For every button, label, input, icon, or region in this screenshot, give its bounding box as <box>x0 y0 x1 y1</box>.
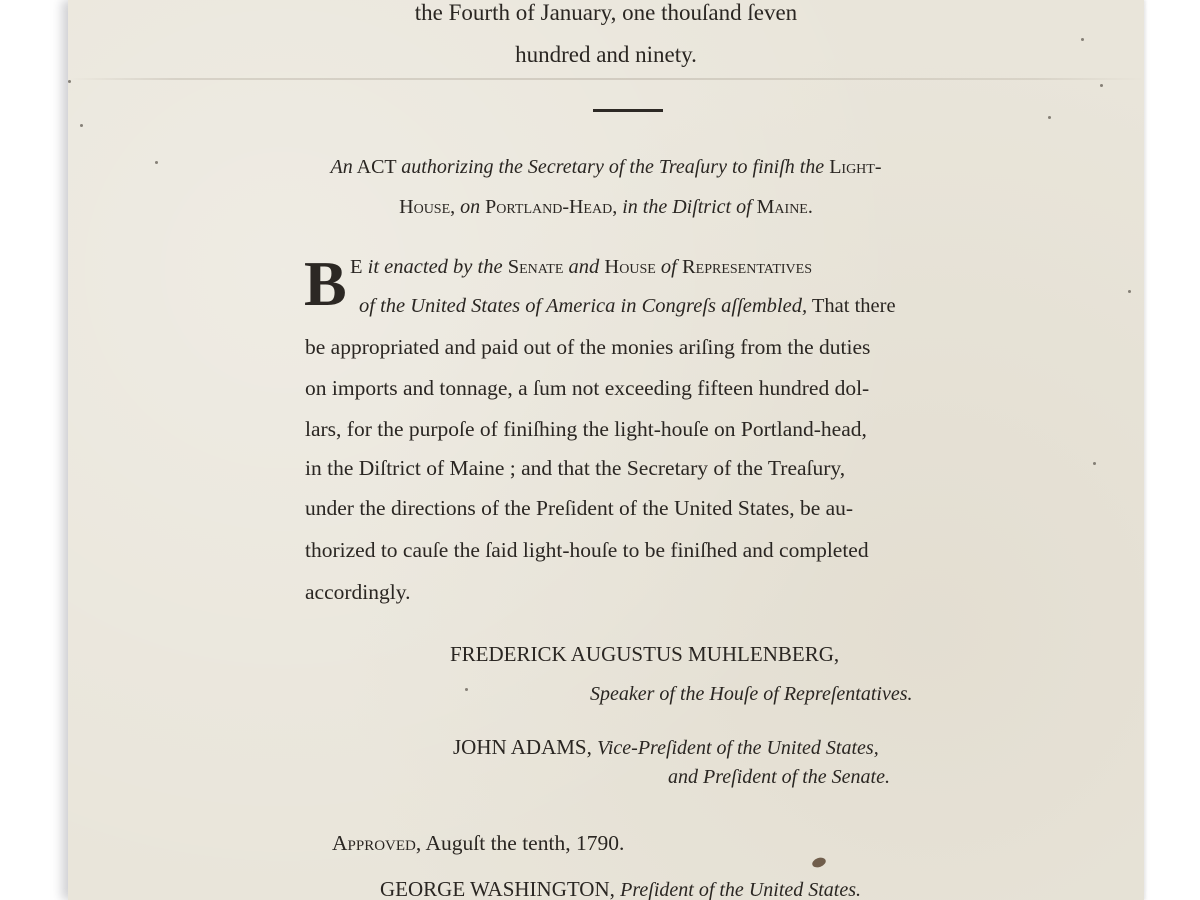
president-name: GEORGE WASHINGTON, <box>380 877 615 900</box>
speaker-title: Speaker of the Houſe of Repreſentatives. <box>590 684 913 704</box>
paper-speck <box>1100 84 1103 87</box>
act-description: authorizing the Secretary of the Treaſur… <box>401 156 824 178</box>
body-line: on imports and tonnage, a ſum not exceed… <box>305 378 869 400</box>
speaker-name: FREDERICK AUGUSTUS MUHLENBERG, <box>450 644 839 665</box>
paper-speck <box>68 80 71 83</box>
body-line: thorized to cauſe the ſaid light-houſe t… <box>305 540 869 562</box>
approved-date: Auguſt the tenth, 1790. <box>425 831 624 855</box>
header-line-2: hundred and ninety. <box>68 43 1144 66</box>
vp-title-1: Vice-Preſident of the United States, <box>597 737 879 759</box>
body-line: lars, for the purpoſe of finiſhing the l… <box>305 419 867 441</box>
approved-label: Approved, <box>332 831 421 855</box>
paper-speck <box>1081 38 1084 41</box>
act-label: ACT <box>357 156 397 178</box>
body-house: House <box>604 256 655 278</box>
drop-cap: B <box>304 252 347 316</box>
paper-speck <box>1128 290 1131 293</box>
president-line: GEORGE WASHINGTON, Preſident of the Unit… <box>380 879 861 900</box>
paper-speck <box>465 688 468 691</box>
act-district: in the Diſtrict of <box>622 196 751 218</box>
vp-name: JOHN ADAMS, Vice-Preſident of the United… <box>453 737 879 758</box>
body-senate: Senate <box>508 256 564 278</box>
body-line: be appropriated and paid out of the moni… <box>305 337 870 359</box>
paper-speck <box>1048 116 1051 119</box>
body-united-states: of the United States of America in Congr… <box>359 295 807 317</box>
body-e: E <box>350 256 363 278</box>
header-line-1: the Fourth of January, one thouſand ſeve… <box>68 1 1144 24</box>
paper-speck <box>80 124 83 127</box>
president-title: Preſident of the United States. <box>620 879 861 900</box>
body-and: and <box>569 256 600 278</box>
divider-rule <box>593 109 663 112</box>
act-house: House, <box>399 196 455 218</box>
approved-line: Approved, Auguſt the tenth, 1790. <box>332 833 624 855</box>
paper-speck <box>1093 462 1096 465</box>
paper-fold <box>68 78 1144 80</box>
vp-title-2: and Preſident of the Senate. <box>668 767 890 787</box>
body-representatives: Representatives <box>682 256 812 278</box>
ink-stain <box>811 856 827 869</box>
body-line-2: of the United States of America in Congr… <box>359 296 896 317</box>
act-light: Light- <box>829 156 881 178</box>
document-page: the Fourth of January, one thouſand ſeve… <box>68 0 1144 900</box>
act-portland: Portland-Head, <box>485 196 617 218</box>
body-line: accordingly. <box>305 582 410 604</box>
vp-name-text: JOHN ADAMS, <box>453 735 592 759</box>
act-maine: Maine. <box>757 196 813 218</box>
body-enacted: it enacted by the <box>368 256 503 278</box>
act-an: An <box>331 156 353 178</box>
body-that-there: That there <box>812 295 896 317</box>
body-of: of <box>661 256 677 278</box>
act-title-line-2: House, on Portland-Head, in the Diſtrict… <box>68 197 1144 217</box>
act-on: on <box>460 196 480 218</box>
body-line: under the directions of the Preſident of… <box>305 498 853 520</box>
body-line-1: E it enacted by the Senate and House of … <box>350 257 812 278</box>
body-line: in the Diſtrict of Maine ; and that the … <box>305 458 845 480</box>
act-title-line-1: An ACT authorizing the Secretary of the … <box>68 157 1144 177</box>
